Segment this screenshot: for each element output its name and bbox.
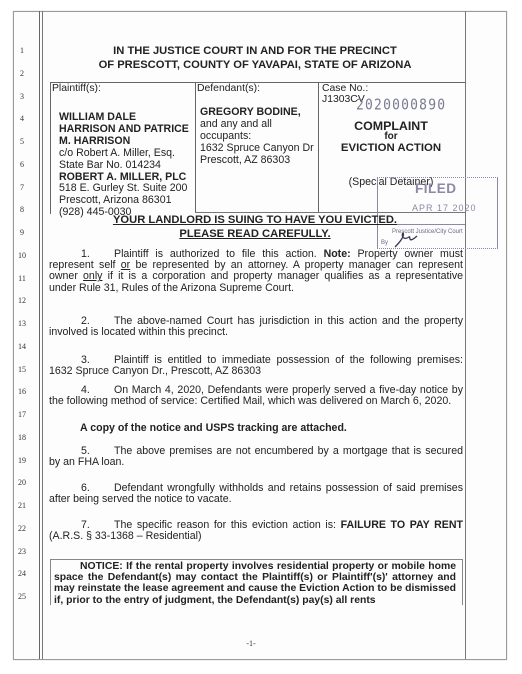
line-number: 11 [14,274,30,283]
statute-reference: (A.R.S. § 33-1368 – Residential) [49,530,202,542]
paragraph-text: Plaintiff is authorized to file this act… [114,248,324,260]
line-number: 3 [14,92,30,101]
line-number: 22 [14,524,30,533]
plaintiff-block: WILLIAM DALE HARRISON AND PATRICE M. HAR… [59,112,194,219]
complaint-title-for: for [318,132,464,142]
line-number: 20 [14,478,30,487]
line-number: 25 [14,592,30,601]
defendant-city: Prescott, AZ 86303 [200,155,318,167]
defendant-address: 1632 Spruce Canyon Dr [200,143,318,155]
line-number: 8 [14,205,30,214]
filed-stamp-date: APR 17 2020 [412,203,477,213]
line-number: 4 [14,114,30,123]
paragraph-6: 6.Defendant wrongfully withholds and ret… [49,483,463,505]
line-number: 10 [14,251,30,260]
case-number-stamp: 2020000890 [356,97,446,114]
eviction-warning-line2: PLEASE READ CAREFULLY. [179,228,330,240]
defendant-occupants-line: occupants: [200,131,318,143]
line-number: 13 [14,319,30,328]
line-number: 12 [14,296,30,305]
plaintiff-name-line: M. HARRISON [59,136,194,148]
left-margin-rule-inner [42,11,43,659]
line-number: 18 [14,433,30,442]
note-label: Note: [324,248,351,260]
paragraph-text: The specific reason for this eviction ac… [114,519,341,531]
line-number: 9 [14,228,30,237]
paragraph-5: 5.The above premises are not encumbered … [49,446,463,468]
paragraph-1: 1.Plaintiff is authorized to file this a… [49,249,463,294]
complaint-title-action: EVICTION ACTION [318,142,464,154]
caption-divider [195,82,196,213]
left-margin-rule [39,11,40,659]
defendant-block: GREGORY BODINE, and any and all occupant… [200,107,318,167]
line-number: 24 [14,569,30,578]
paragraph-4: 4.On March 4, 2020, Defendants were prop… [49,385,463,407]
attorney-care-of: c/o Robert A. Miller, Esq. [59,148,194,160]
emphasis-or: or [121,259,130,271]
court-heading-line1: IN THE JUSTICE COURT IN AND FOR THE PREC… [50,44,460,58]
line-number: 14 [14,342,30,351]
plaintiff-label: Plaintiff(s): [52,83,101,95]
line-number: 23 [14,547,30,556]
line-number: 17 [14,410,30,419]
line-number: 15 [14,365,30,374]
line-number: 2 [14,69,30,78]
line-number: 21 [14,501,30,510]
emphasis-only: only [83,270,102,282]
right-margin-rule [465,11,466,659]
paragraph-3: 3.Plaintiff is entitled to immediate pos… [49,355,463,377]
eviction-reason: FAILURE TO PAY RENT [341,519,463,531]
notice-body: NOTICE: If the rental property involves … [54,561,456,606]
eviction-warning: YOUR LANDLORD IS SUING TO HAVE YOU EVICT… [50,213,460,241]
court-heading: IN THE JUSTICE COURT IN AND FOR THE PREC… [50,44,460,72]
notice-text: NOTICE: If the rental property involves … [54,561,456,606]
line-number: 5 [14,137,30,146]
eviction-warning-line1: YOUR LANDLORD IS SUING TO HAVE YOU EVICT… [113,214,397,226]
line-number: 6 [14,160,30,169]
line-number: 1 [14,46,30,55]
paragraph-7: 7.The specific reason for this eviction … [49,520,463,542]
page-number: -1- [236,639,266,648]
defendant-label: Defendant(s): [197,83,260,95]
paragraph-text: if it is a corporation and property mana… [49,270,463,293]
court-heading-line2: OF PRESCOTT, COUNTY OF YAVAPAI, STATE OF… [50,58,460,72]
line-number: 19 [14,456,30,465]
complaint-title: COMPLAINT for EVICTION ACTION [318,120,464,154]
filed-stamp-label: FILED [415,181,457,196]
state-bar-number: State Bar No. 014234 [59,160,194,172]
line-number: 16 [14,387,30,396]
line-number: 7 [14,183,30,192]
paragraph-2: 2.The above-named Court has jurisdiction… [49,316,463,338]
attached-note: A copy of the notice and USPS tracking a… [80,422,347,434]
